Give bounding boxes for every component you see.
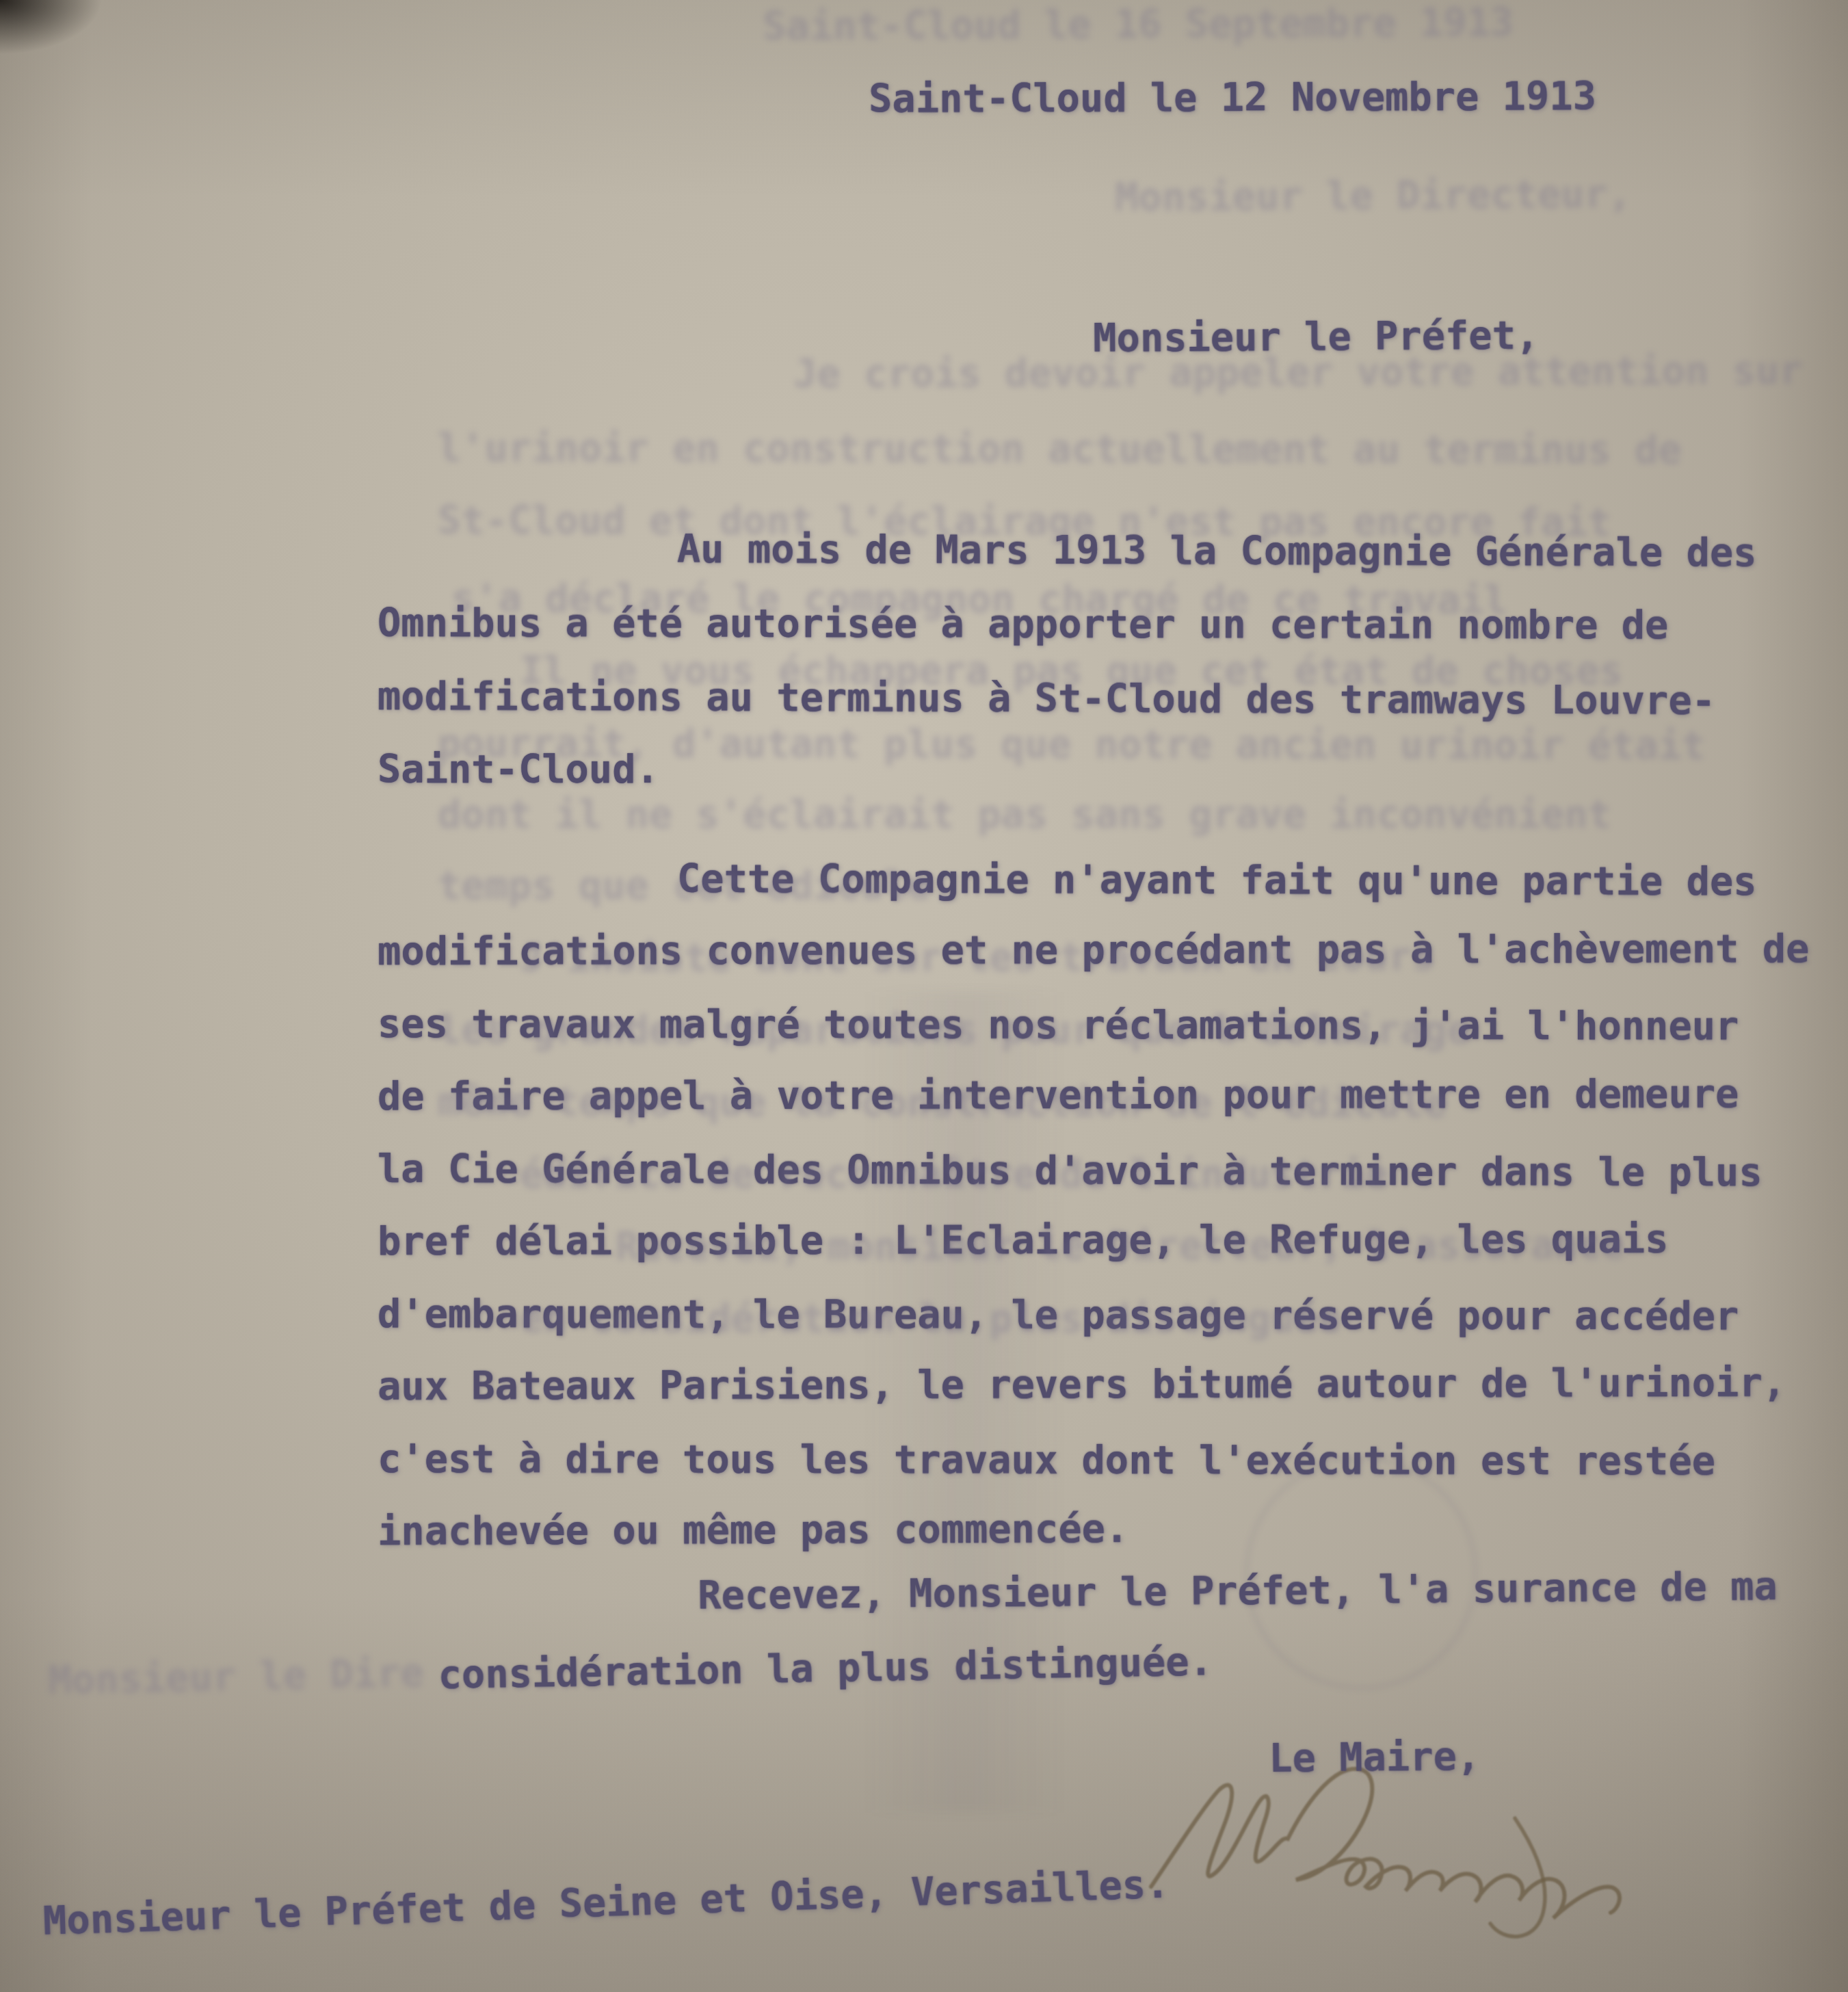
ghost-line: s'a déclaré le compagnon chargé de ce tr… (451, 576, 1507, 623)
ghost-line: Je crois devoir appeler votre attention … (793, 348, 1803, 397)
ghost-line: pourrait, d'autant plus que notre ancien… (438, 721, 1705, 768)
ghost-line: les grandes réparations pour que l'éclai… (438, 1008, 1470, 1053)
letter-page: Saint-Cloud le 12 Novembre 1913Monsieur … (0, 0, 1848, 1992)
ghost-line: temps que cet édicule. (438, 863, 954, 908)
ghost-line: Il ne vous échappera pas que cet état de… (520, 648, 1623, 694)
ghost-line: dont il ne s'éclairait pas sans grave in… (438, 792, 1611, 837)
ghost-line: Recevez, monsieur le Directeur, l'assura… (616, 1222, 1625, 1270)
ghost-line: Saint-Cloud le 16 Septembre 1913 (763, 0, 1514, 49)
ghost-line: édifice de reconnaître de l'industrie (520, 1152, 1388, 1197)
ghost-line: en considération la plus distinguée (520, 1296, 1341, 1341)
ghost-line: St-Cloud et dont l'éclairage n'est pas e… (438, 498, 1611, 545)
ghost-line: Monsieur le Directeur, (1115, 172, 1631, 220)
typed-line: c'est à dire tous les travaux dont l'exé… (378, 1437, 1715, 1484)
typed-line: Saint-Cloud le 12 Novembre 1913 (869, 74, 1596, 122)
ghost-line: Monsieur le Dire (48, 1651, 424, 1703)
typed-line: Recevez, Monsieur le Préfet, l'a surance… (698, 1564, 1778, 1618)
typed-line: Le Maire, (1269, 1734, 1481, 1781)
typed-line: inachevée ou même pas commencée. (378, 1506, 1128, 1554)
ghost-line: J'insiste donc sur les travaux en cours (520, 934, 1435, 981)
typed-line: aux Bateaux Parisiens, le revers bitumé … (378, 1361, 1786, 1409)
ghost-line: l'urinoir en construction actuellement a… (438, 425, 1682, 473)
ghost-line: même temps que la construction de l'édic… (438, 1079, 1447, 1127)
